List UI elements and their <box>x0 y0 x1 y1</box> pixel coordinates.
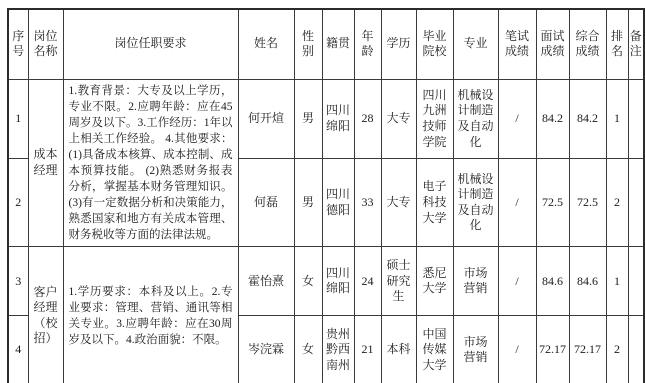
cell-name: 岑浣霖 <box>238 316 294 383</box>
cell-hometown: 四川 绵阳 <box>322 79 354 159</box>
header-written-score: 笔试 成绩 <box>498 9 536 79</box>
cell-age: 28 <box>354 79 381 159</box>
cell-education: 大专 <box>381 159 416 247</box>
cell-note <box>628 159 644 247</box>
cell-rank: 1 <box>606 247 628 316</box>
cell-no: 3 <box>8 247 28 316</box>
cell-school: 悉尼 大学 <box>416 247 453 316</box>
cell-written-score: / <box>498 247 536 316</box>
cell-rank: 2 <box>606 159 628 247</box>
cell-education: 本科 <box>381 316 416 383</box>
cell-written-score: / <box>498 79 536 159</box>
cell-overall-score: 84.2 <box>569 79 606 159</box>
recruitment-results-table: 序 号 岗位 名称 岗位任职要求 姓名 性 别 籍贯 年 龄 学历 毕业 院校 … <box>7 8 645 383</box>
header-no: 序 号 <box>8 9 28 79</box>
cell-education: 大专 <box>381 79 416 159</box>
cell-note <box>628 79 644 159</box>
cell-overall-score: 72.5 <box>569 159 606 247</box>
cell-requirements: 1.学历要求：本科及以上。2.专业要求：管理、营销、通讯等相关专业。3.应聘年龄… <box>63 247 238 383</box>
cell-overall-score: 72.17 <box>569 316 606 383</box>
cell-major: 机械设 计制造 及自动 化 <box>453 79 498 159</box>
cell-requirements: 1.教育背景：大专及以上学历，专业不限。2.应聘年龄：应在45周岁及以下。3.工… <box>63 79 238 247</box>
recruitment-results-page: 序 号 岗位 名称 岗位任职要求 姓名 性 别 籍贯 年 龄 学历 毕业 院校 … <box>0 0 645 383</box>
cell-interview-score: 84.6 <box>536 247 569 316</box>
table-row: 3 客户 经理 （校 招） 1.学历要求：本科及以上。2.专业要求：管理、营销、… <box>8 247 644 316</box>
cell-major: 市场 营销 <box>453 247 498 316</box>
header-overall-score: 综合 成绩 <box>569 9 606 79</box>
cell-hometown: 贵州 黔西 南州 <box>322 316 354 383</box>
cell-rank: 2 <box>606 316 628 383</box>
cell-major: 机械设 计制造 及自动 化 <box>453 159 498 247</box>
cell-note <box>628 316 644 383</box>
header-school: 毕业 院校 <box>416 9 453 79</box>
cell-gender: 女 <box>294 316 322 383</box>
header-major: 专业 <box>453 9 498 79</box>
cell-gender: 女 <box>294 247 322 316</box>
cell-name: 何磊 <box>238 159 294 247</box>
cell-age: 24 <box>354 247 381 316</box>
cell-position: 客户 经理 （校 招） <box>28 247 63 383</box>
header-name: 姓名 <box>238 9 294 79</box>
cell-interview-score: 72.17 <box>536 316 569 383</box>
cell-written-score: / <box>498 159 536 247</box>
cell-name: 霍怡熹 <box>238 247 294 316</box>
cell-no: 2 <box>8 159 28 247</box>
cell-education: 硕士 研究 生 <box>381 247 416 316</box>
cell-no: 1 <box>8 79 28 159</box>
cell-school: 四川 九洲 技师 学院 <box>416 79 453 159</box>
header-age: 年 龄 <box>354 9 381 79</box>
cell-position: 成本 经理 <box>28 79 63 247</box>
table-row: 1 成本 经理 1.教育背景：大专及以上学历，专业不限。2.应聘年龄：应在45周… <box>8 79 644 159</box>
cell-overall-score: 84.6 <box>569 247 606 316</box>
header-note: 备 注 <box>628 9 644 79</box>
header-position: 岗位 名称 <box>28 9 63 79</box>
cell-interview-score: 72.5 <box>536 159 569 247</box>
cell-major: 市场 营销 <box>453 316 498 383</box>
cell-hometown: 四川 绵阳 <box>322 247 354 316</box>
header-interview-score: 面试 成绩 <box>536 9 569 79</box>
cell-age: 21 <box>354 316 381 383</box>
cell-age: 33 <box>354 159 381 247</box>
cell-written-score: / <box>498 316 536 383</box>
cell-school: 中国 传媒 大学 <box>416 316 453 383</box>
cell-gender: 男 <box>294 79 322 159</box>
header-education: 学历 <box>381 9 416 79</box>
cell-name: 何开煊 <box>238 79 294 159</box>
cell-note <box>628 247 644 316</box>
cell-no: 4 <box>8 316 28 383</box>
header-gender: 性 别 <box>294 9 322 79</box>
header-hometown: 籍贯 <box>322 9 354 79</box>
cell-interview-score: 84.2 <box>536 79 569 159</box>
header-rank: 排 名 <box>606 9 628 79</box>
cell-school: 电子 科技 大学 <box>416 159 453 247</box>
header-requirements: 岗位任职要求 <box>63 9 238 79</box>
cell-gender: 男 <box>294 159 322 247</box>
cell-hometown: 四川 德阳 <box>322 159 354 247</box>
table-header-row: 序 号 岗位 名称 岗位任职要求 姓名 性 别 籍贯 年 龄 学历 毕业 院校 … <box>8 9 644 79</box>
cell-rank: 1 <box>606 79 628 159</box>
